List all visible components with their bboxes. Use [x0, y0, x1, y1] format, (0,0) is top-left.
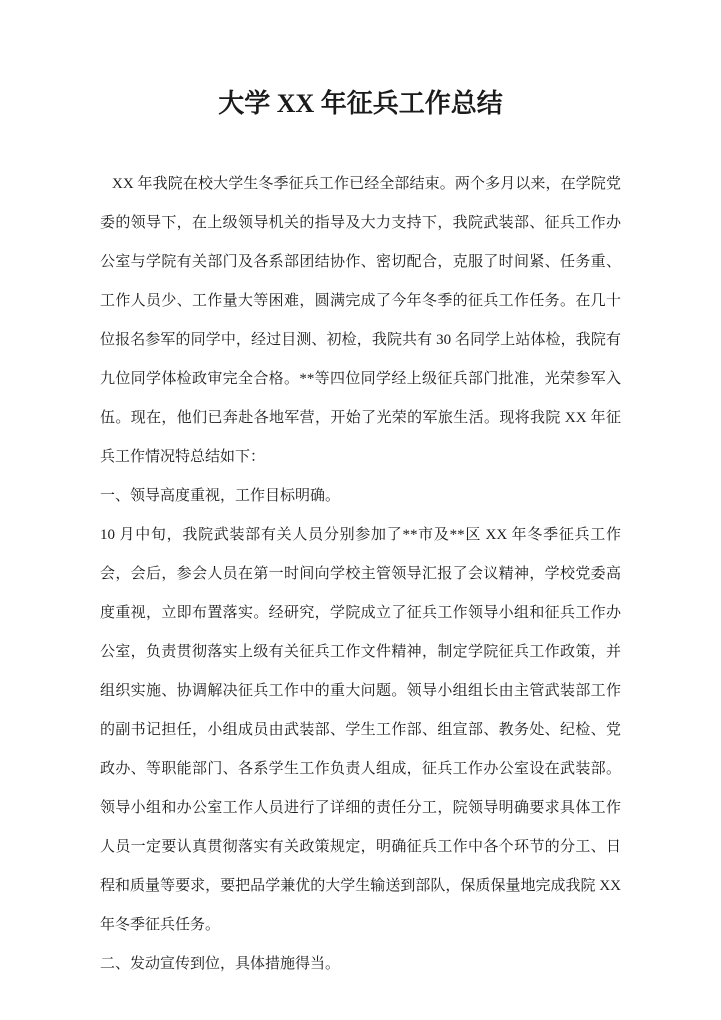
document-content: 大学 XX 年征兵工作总结 XX 年我院在校大学生冬季征兵工作已经全部结束。两个…: [100, 84, 621, 984]
section-1-heading: 一、领导高度重视，工作目标明确。: [100, 477, 621, 516]
paragraph-section-1-body: 10 月中旬，我院武装部有关人员分别参加了**市及**区 XX 年冬季征兵工作会…: [100, 516, 621, 945]
document-page: 大学 XX 年征兵工作总结 XX 年我院在校大学生冬季征兵工作已经全部结束。两个…: [0, 0, 721, 1020]
section-2-heading: 二、发动宣传到位，具体措施得当。: [100, 945, 621, 984]
document-title: 大学 XX 年征兵工作总结: [100, 84, 621, 123]
paragraph-intro: XX 年我院在校大学生冬季征兵工作已经全部结束。两个多月以来，在学院党委的领导下…: [100, 165, 621, 477]
